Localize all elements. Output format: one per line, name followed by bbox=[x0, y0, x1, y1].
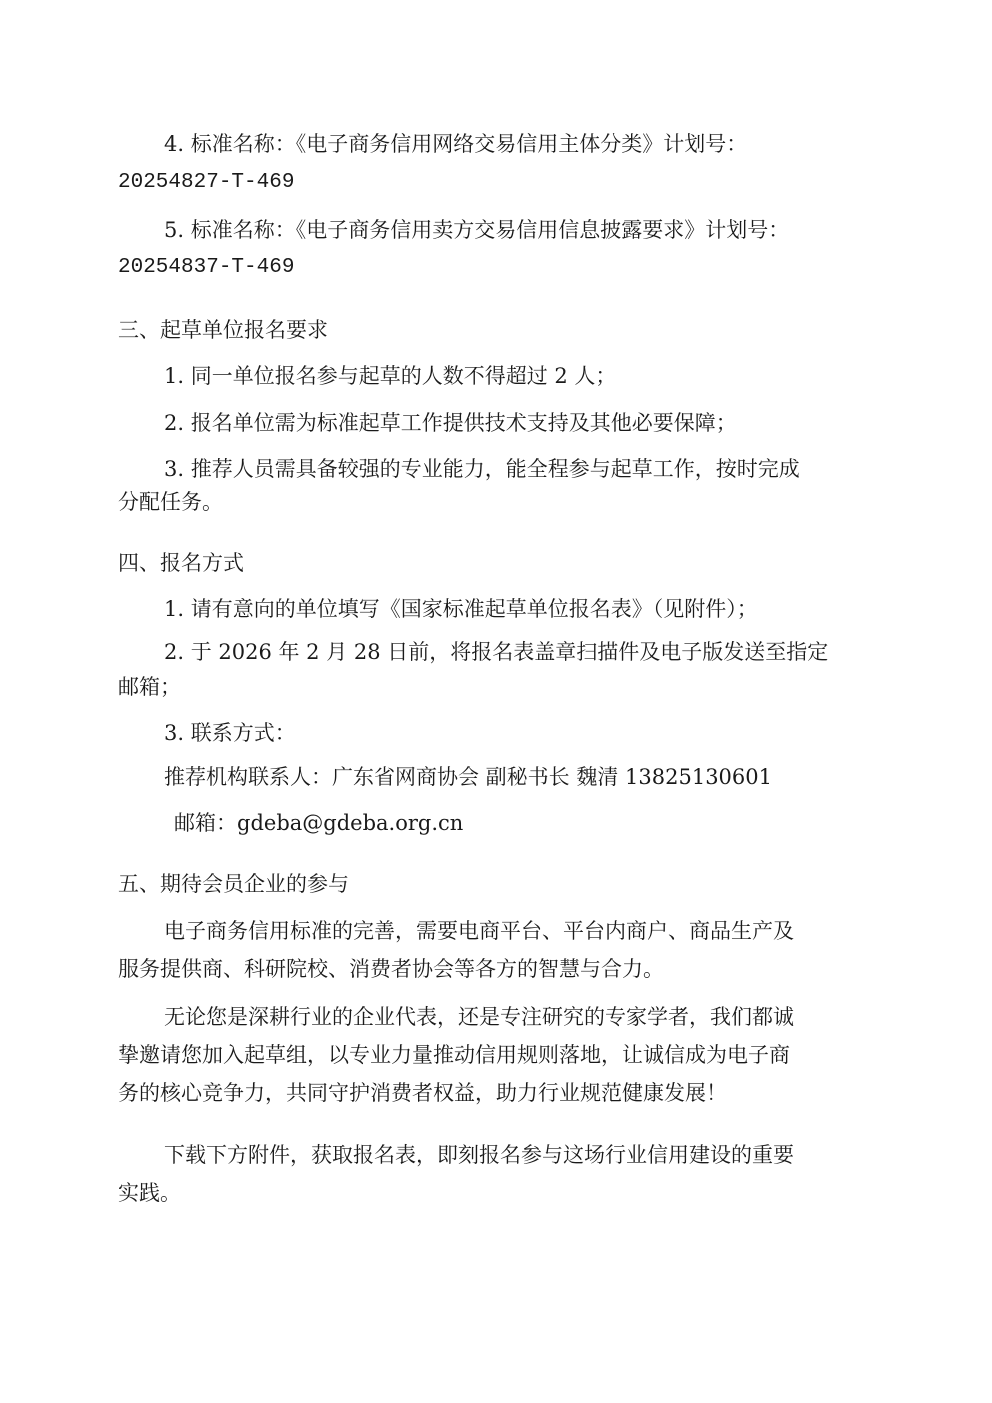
section-5-heading: 五、期待会员企业的参与 bbox=[118, 870, 349, 898]
section-4-item-2-cont: 邮箱； bbox=[118, 673, 181, 701]
section-3-item-3-cont: 分配任务。 bbox=[118, 488, 223, 516]
section-5-para-2-line-2: 挚邀请您加入起草组，以专业力量推动信用规则落地，让诚信成为电子商 bbox=[118, 1041, 790, 1069]
section-5-para-2-line-1: 无论您是深耕行业的企业代表，还是专注研究的专家学者，我们都诚 bbox=[164, 1003, 794, 1031]
standard-5-title: 5. 标准名称：《电子商务信用卖方交易信用信息披露要求》计划号： bbox=[164, 216, 789, 244]
section-4-heading: 四、报名方式 bbox=[118, 549, 244, 577]
section-4-item-2: 2. 于 2026 年 2 月 28 日前，将报名表盖章扫描件及电子版发送至指定 bbox=[164, 638, 828, 666]
standard-5-plan-number: 20254837-T-469 bbox=[118, 254, 294, 282]
standard-4-plan-number: 20254827-T-469 bbox=[118, 169, 294, 197]
contact-email: 邮箱：gdeba@gdeba.org.cn bbox=[174, 809, 463, 837]
section-3-item-1: 1. 同一单位报名参与起草的人数不得超过 2 人； bbox=[164, 362, 616, 390]
section-5-para-3-line-1: 下载下方附件，获取报名表，即刻报名参与这场行业信用建设的重要 bbox=[164, 1141, 794, 1169]
section-5-para-1-line-1: 电子商务信用标准的完善，需要电商平台、平台内商户、商品生产及 bbox=[164, 917, 794, 945]
section-3-heading: 三、起草单位报名要求 bbox=[118, 316, 328, 344]
section-3-item-2: 2. 报名单位需为标准起草工作提供技术支持及其他必要保障； bbox=[164, 409, 737, 437]
standard-4-title: 4. 标准名称：《电子商务信用网络交易信用主体分类》计划号： bbox=[164, 130, 747, 158]
contact-person: 推荐机构联系人：广东省网商协会 副秘书长 魏清 13825130601 bbox=[164, 763, 772, 791]
section-5-para-3-line-2: 实践。 bbox=[118, 1179, 181, 1207]
section-4-item-3: 3. 联系方式： bbox=[164, 719, 296, 747]
section-5-para-1-line-2: 服务提供商、科研院校、消费者协会等各方的智慧与合力。 bbox=[118, 955, 664, 983]
section-4-item-1: 1. 请有意向的单位填写《国家标准起草单位报名表》（见附件）； bbox=[164, 595, 758, 623]
section-3-item-3: 3. 推荐人员需具备较强的专业能力，能全程参与起草工作，按时完成 bbox=[164, 455, 800, 483]
section-5-para-2-line-3: 务的核心竞争力，共同守护消费者权益，助力行业规范健康发展！ bbox=[118, 1079, 727, 1107]
